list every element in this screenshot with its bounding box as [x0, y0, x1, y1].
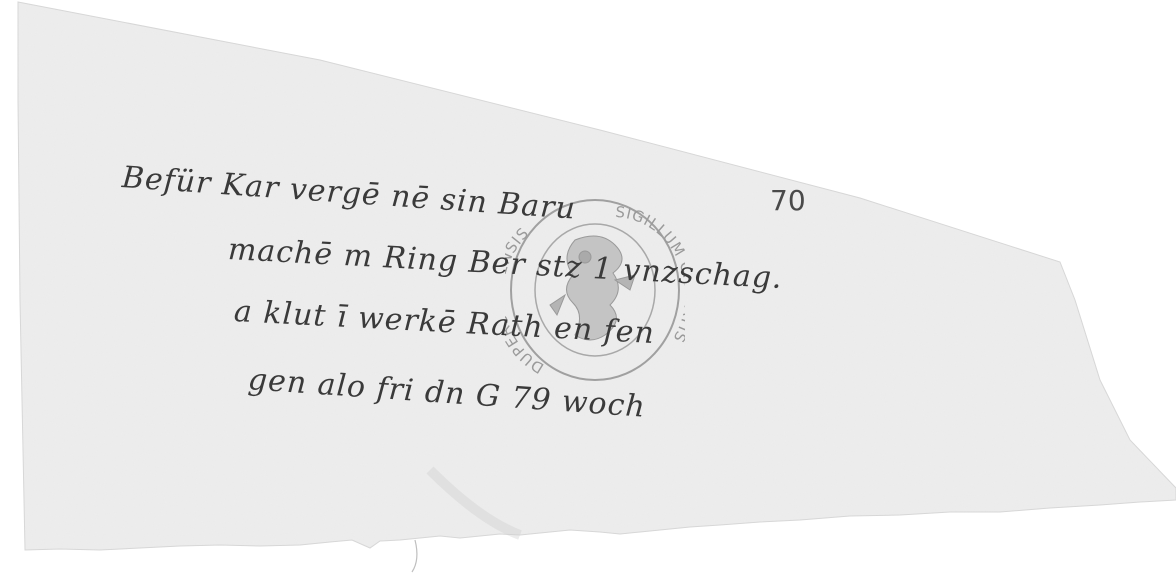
document-scan: DUPERSTADIENSIS SIGILLUM CIVITATIS Befür…	[0, 0, 1176, 582]
folio-number: 70	[770, 184, 806, 217]
